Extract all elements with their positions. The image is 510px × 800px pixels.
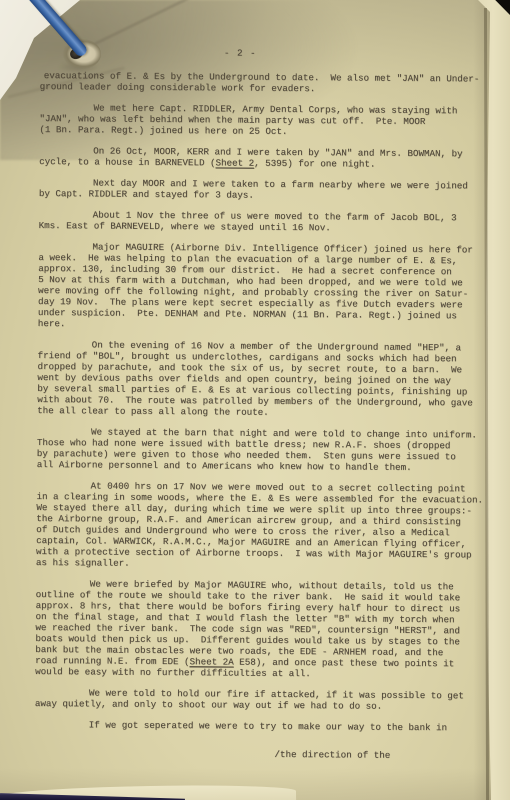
paragraph: If we got seperated we were to try to ma… bbox=[35, 719, 493, 734]
paragraph: We met here Capt. RIDDLER, Army Dental C… bbox=[39, 102, 497, 139]
typewritten-text: - 2 - evacuations of E. & Es by the Unde… bbox=[34, 46, 498, 762]
paragraph: We were told to hold our fire if attacke… bbox=[35, 687, 493, 713]
paragraph: About 1 Nov the three of us were moved t… bbox=[39, 209, 497, 235]
paragraph: On the evening of 16 Nov a member of the… bbox=[37, 339, 496, 420]
paragraph: evacuations of E. & Es by the Undergroun… bbox=[40, 70, 498, 96]
page-number: - 2 - bbox=[224, 47, 498, 60]
scanned-document-page: - 2 - evacuations of E. & Es by the Unde… bbox=[0, 0, 510, 800]
paragraph: Next day MOOR and I were taken to a farm… bbox=[39, 177, 497, 203]
paragraph: Major MAGUIRE (Airborne Div. Intelligenc… bbox=[38, 241, 497, 333]
paragraph: We were briefed by Major MAGUIRE who, wi… bbox=[35, 578, 494, 681]
paragraph: We stayed at the barn that night and wer… bbox=[37, 426, 495, 474]
paragraph: At 0400 hrs on 17 Nov we were moved out … bbox=[36, 480, 495, 572]
paragraph: On 26 Oct, MOOR, KERR and I were taken b… bbox=[39, 145, 497, 171]
catchword: /the direction of the bbox=[274, 749, 492, 762]
document-body: evacuations of E. & Es by the Undergroun… bbox=[35, 70, 498, 734]
